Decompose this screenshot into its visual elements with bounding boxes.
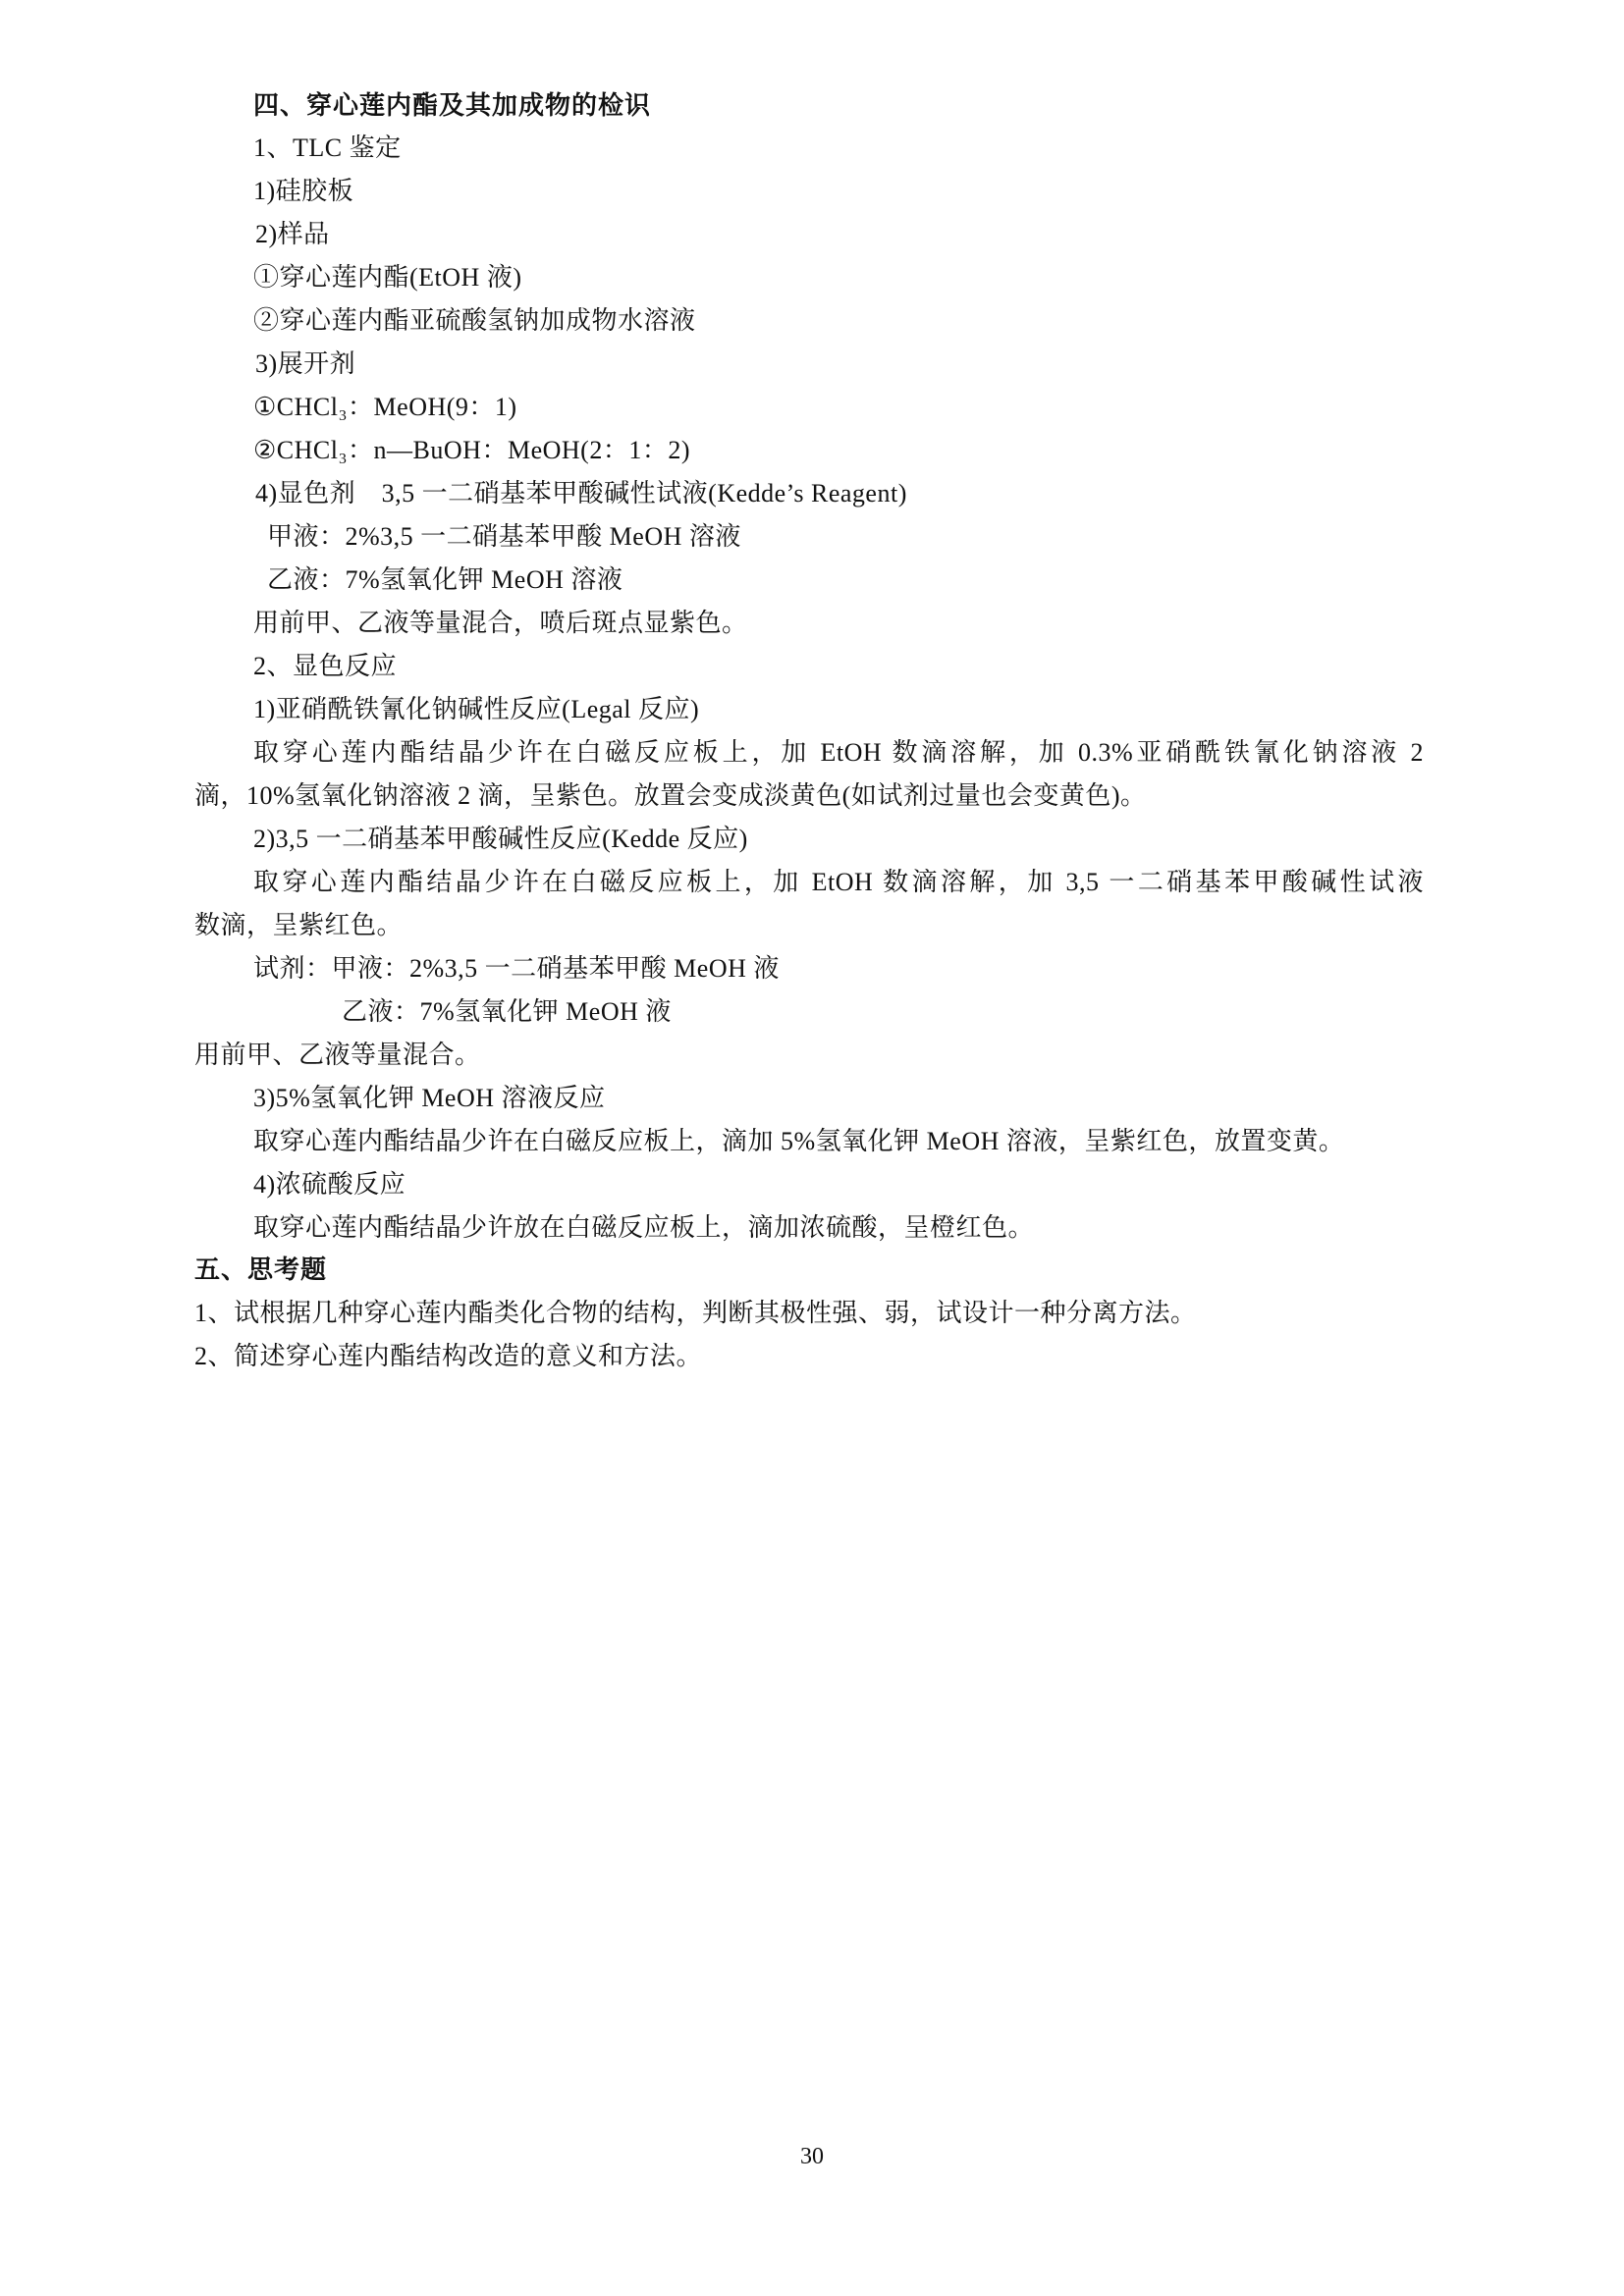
section-4-heading: 四、穿心莲内酯及其加成物的检识 — [253, 90, 651, 122]
reaction-3-title: 3)5%氢氧化钾 MeOH 溶液反应 — [253, 1083, 606, 1114]
reaction-2-note: 用前甲、乙液等量混合。 — [194, 1040, 481, 1071]
color-reactions-title: 2、显色反应 — [253, 651, 397, 682]
tlc-developer-b: 乙液：7%氢氧化钾 MeOH 溶液 — [267, 564, 623, 596]
tlc-sample-1: ①穿心莲内酯(EtOH 液) — [253, 262, 521, 294]
tlc-sample-title: 2)样品 — [255, 219, 330, 250]
reaction-2-title: 2)3,5 一二硝基苯甲酸碱性反应(Kedde 反应) — [253, 824, 748, 855]
tlc-solvent-1: ①CHCl₃：MeOH(9：1) — [253, 392, 517, 423]
reaction-1-text-line-1: 取穿心莲内酯结晶少许在白磁反应板上，加 EtOH 数滴溶解，加 0.3%亚硝酰铁… — [253, 737, 1424, 769]
tlc-developer-note: 用前甲、乙液等量混合，喷后斑点显紫色。 — [253, 608, 748, 639]
question-2: 2、简述穿心莲内酯结构改造的意义和方法。 — [194, 1341, 702, 1372]
reaction-1-title: 1)亚硝酰铁氰化钠碱性反应(Legal 反应) — [253, 694, 699, 725]
reaction-4-text: 取穿心莲内酯结晶少许放在白磁反应板上，滴加浓硫酸，呈橙红色。 — [253, 1212, 1034, 1244]
reaction-2-text-line-2: 数滴，呈紫红色。 — [194, 910, 403, 941]
reaction-2-text-line-1: 取穿心莲内酯结晶少许在白磁反应板上，加 EtOH 数滴溶解，加 3,5 一二硝基… — [253, 867, 1424, 898]
reaction-3-text: 取穿心莲内酯结晶少许在白磁反应板上，滴加 5%氢氧化钾 MeOH 溶液，呈紫红色… — [253, 1126, 1344, 1157]
tlc-title: 1、TLC 鉴定 — [253, 133, 402, 164]
section-5-heading: 五、思考题 — [194, 1255, 327, 1286]
tlc-developer-a: 甲液：2%3,5 一二硝基苯甲酸 MeOH 溶液 — [267, 521, 741, 553]
question-1: 1、试根据几种穿心莲内酯类化合物的结构，判断其极性强、弱，试设计一种分离方法。 — [194, 1298, 1197, 1329]
reaction-2-reagent-b: 乙液：7%氢氧化钾 MeOH 液 — [342, 996, 672, 1028]
tlc-solvent-2: ②CHCl₃：n—BuOH：MeOH(2：1：2) — [253, 435, 690, 466]
tlc-solvent-title: 3)展开剂 — [255, 348, 355, 380]
tlc-plate: 1)硅胶板 — [253, 176, 353, 207]
reaction-4-title: 4)浓硫酸反应 — [253, 1169, 406, 1201]
page-number: 30 — [0, 2143, 1624, 2170]
tlc-sample-2: ②穿心莲内酯亚硫酸氢钠加成物水溶液 — [253, 305, 696, 337]
reaction-1-text-line-2: 滴，10%氢氧化钠溶液 2 滴，呈紫色。放置会变成淡黄色(如试剂过量也会变黄色)… — [194, 780, 1146, 812]
reaction-2-reagent-a: 试剂：甲液：2%3,5 一二硝基苯甲酸 MeOH 液 — [253, 953, 780, 985]
document-page: 四、穿心莲内酯及其加成物的检识 1、TLC 鉴定 1)硅胶板 2)样品 ①穿心莲… — [0, 0, 1624, 2296]
tlc-developer-title: 4)显色剂 3,5 一二硝基苯甲酸碱性试液(Kedde’s Reagent) — [255, 478, 907, 509]
